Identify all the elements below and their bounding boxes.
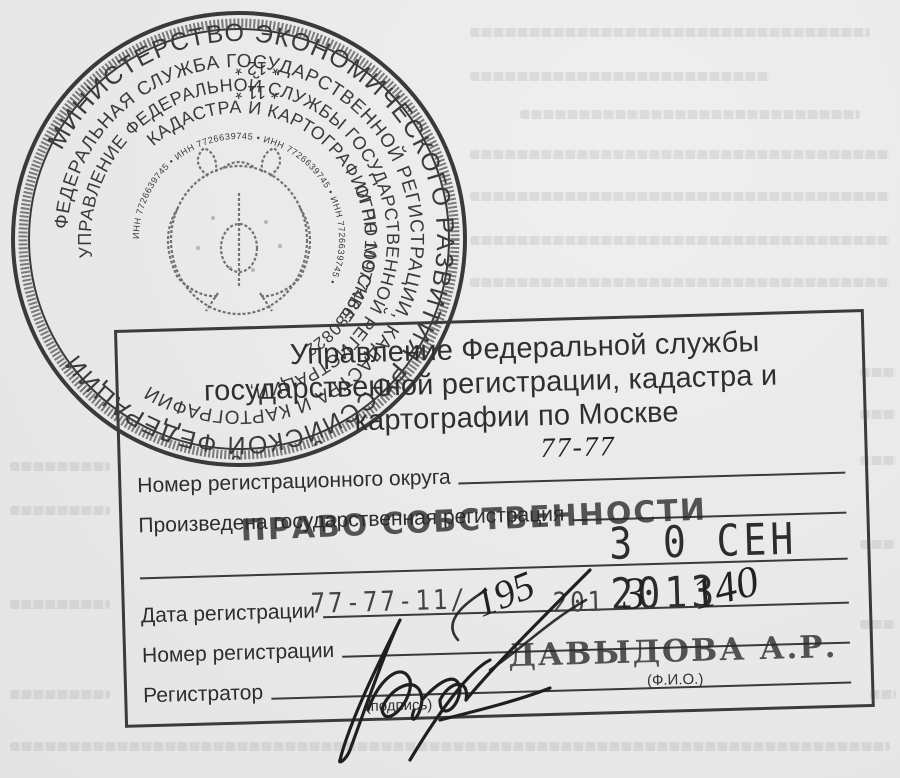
background-text-line [470, 278, 890, 287]
double-headed-eagle-icon [168, 148, 310, 314]
seal-number-11: * 11 * [235, 82, 278, 102]
background-text-line [470, 150, 890, 159]
registration-number-year-handwritten: 3 [622, 566, 646, 620]
background-text-line [470, 236, 890, 245]
stamp-header: Управление Федеральной службы государств… [117, 322, 864, 445]
registrar-name-caption: (Ф.И.О.) [647, 671, 704, 690]
label-registrar: Регистратор [143, 681, 272, 709]
seal-number-12: * 12 * [235, 58, 279, 78]
field-line [459, 472, 845, 485]
background-text-line [520, 110, 860, 119]
background-text-line [470, 192, 890, 201]
label-registration-district: Номер регистрационного округа [137, 465, 459, 498]
background-text-line [470, 72, 770, 81]
background-text-line [10, 690, 110, 699]
background-text-line [10, 506, 110, 515]
background-text-line [10, 600, 110, 609]
registrar-signature [290, 560, 610, 770]
background-text-line [470, 28, 870, 37]
